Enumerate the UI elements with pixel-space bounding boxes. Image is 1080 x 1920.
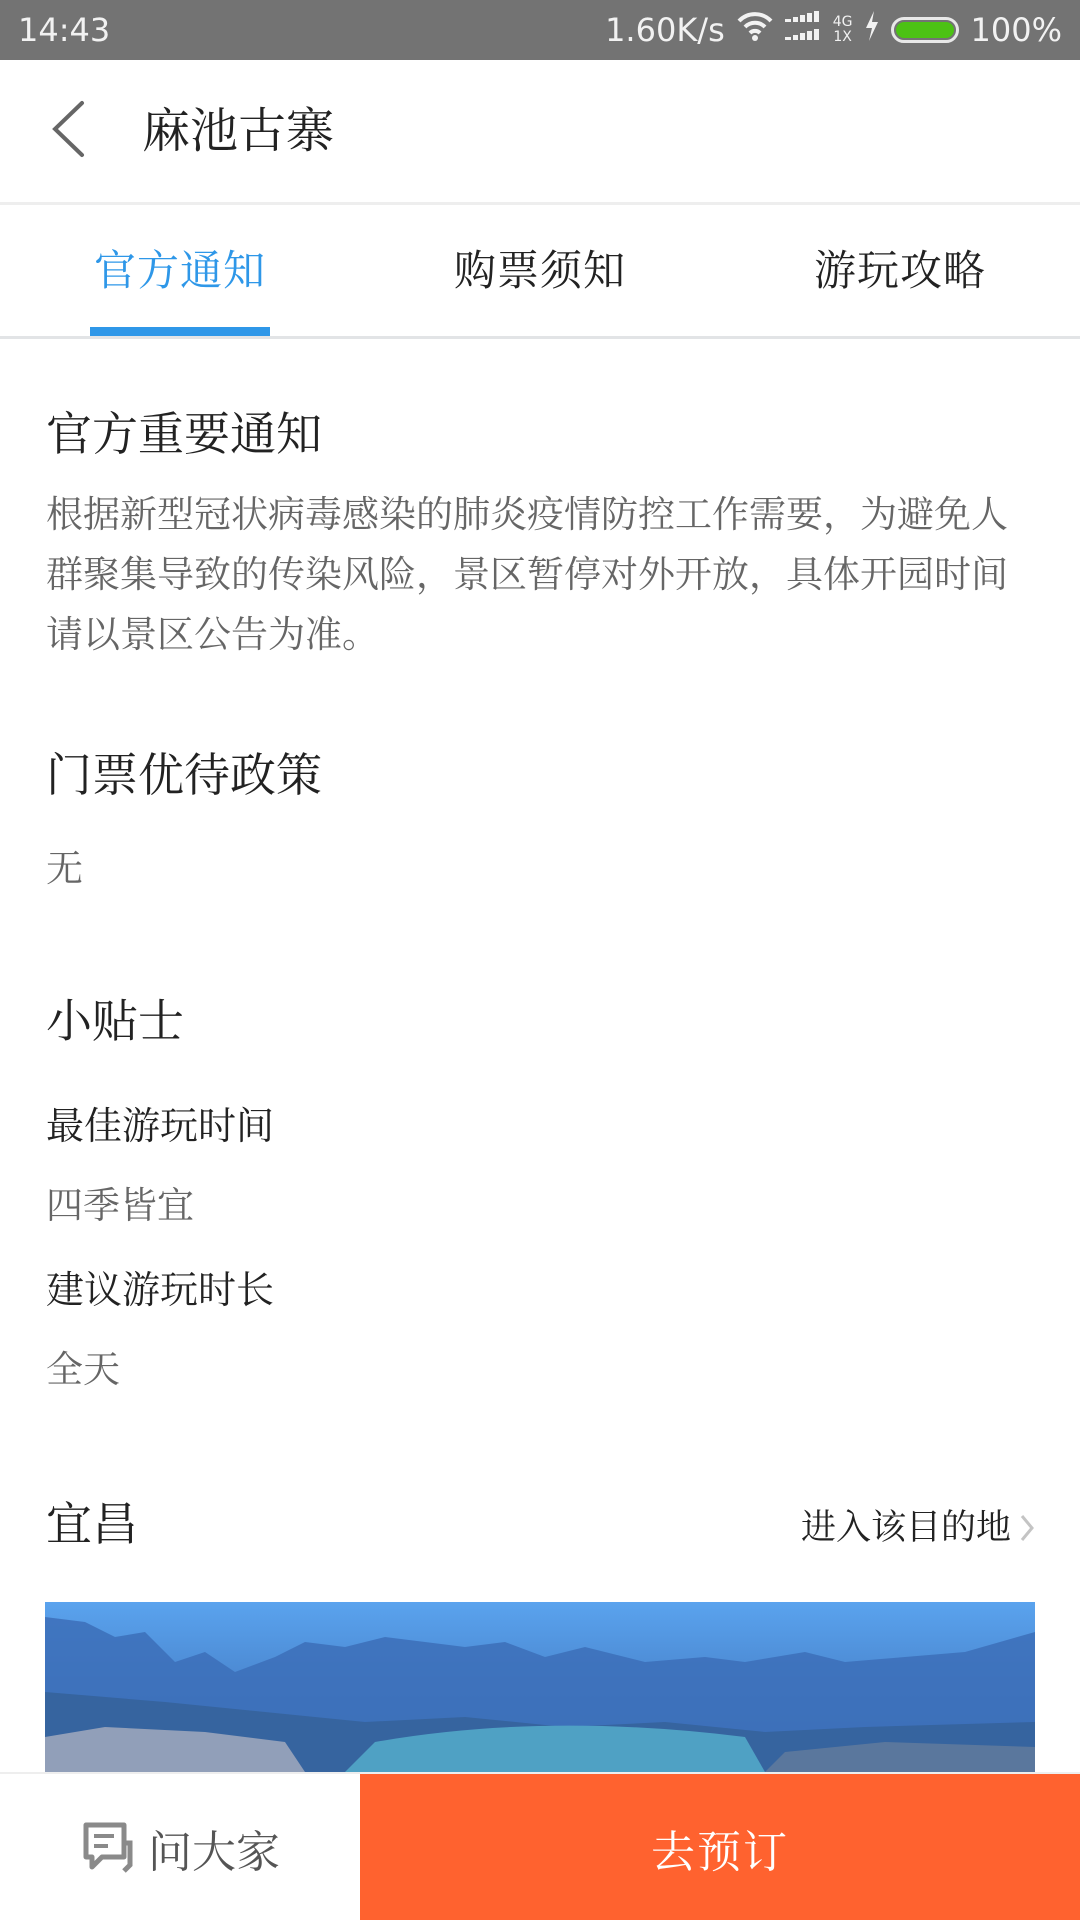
- charging-icon: [865, 11, 879, 49]
- ask-everyone-button[interactable]: 问大家: [0, 1774, 360, 1920]
- battery-percent: 100%: [971, 11, 1062, 49]
- app-header: 麻池古寨: [0, 60, 1080, 205]
- destination-name: 宜昌: [46, 1496, 138, 1552]
- tip-label-duration: 建议游玩时长: [46, 1266, 274, 1314]
- signal-icon: [785, 11, 821, 49]
- chevron-left-icon: [50, 100, 86, 162]
- tab-travel-guide[interactable]: 游玩攻略: [720, 205, 1080, 336]
- network-type: 4G 1X: [833, 15, 853, 45]
- notice-body: 根据新型冠状病毒感染的肺炎疫情防控工作需要，为避免人群聚集导致的传染风险，景区暂…: [46, 485, 1036, 665]
- net-speed: 1.60K/s: [605, 11, 725, 49]
- chevron-right-icon: [1019, 1513, 1035, 1543]
- tip-value-best-time: 四季皆宜: [46, 1182, 194, 1230]
- tip-value-duration: 全天: [46, 1346, 120, 1394]
- battery-icon: [891, 17, 959, 43]
- status-bar: 14:43 1.60K/s 4G 1X: [0, 0, 1080, 60]
- tab-label: 购票须知: [454, 243, 626, 336]
- tip-label-best-time: 最佳游玩时间: [46, 1102, 274, 1150]
- destination-image[interactable]: [45, 1602, 1035, 1772]
- tab-official-notice[interactable]: 官方通知: [0, 205, 360, 336]
- ask-everyone-label: 问大家: [148, 1816, 280, 1880]
- back-button[interactable]: [40, 100, 96, 162]
- enter-destination-label: 进入该目的地: [801, 1503, 1011, 1553]
- chat-bubble-icon: [80, 1821, 134, 1875]
- tab-ticket-info[interactable]: 购票须知: [360, 205, 720, 336]
- bottom-action-bar: 问大家 去预订: [0, 1772, 1080, 1920]
- tab-label: 游玩攻略: [814, 243, 986, 336]
- status-time: 14:43: [18, 10, 110, 50]
- tab-bar: 官方通知 购票须知 游玩攻略: [0, 205, 1080, 339]
- page-title: 麻池古寨: [142, 100, 334, 162]
- tab-label: 官方通知: [94, 243, 266, 336]
- tips-title: 小贴士: [46, 993, 184, 1049]
- status-right: 1.60K/s 4G 1X: [605, 10, 1062, 50]
- active-tab-indicator: [90, 327, 270, 336]
- battery-level: [896, 22, 954, 38]
- book-now-button[interactable]: 去预订: [360, 1774, 1080, 1920]
- book-now-label: 去预订: [651, 1816, 789, 1880]
- discount-title: 门票优待政策: [46, 747, 322, 803]
- notice-title: 官方重要通知: [46, 406, 322, 462]
- enter-destination-link[interactable]: 进入该目的地: [801, 1503, 1035, 1553]
- wifi-icon: [737, 11, 773, 49]
- discount-value: 无: [46, 845, 83, 893]
